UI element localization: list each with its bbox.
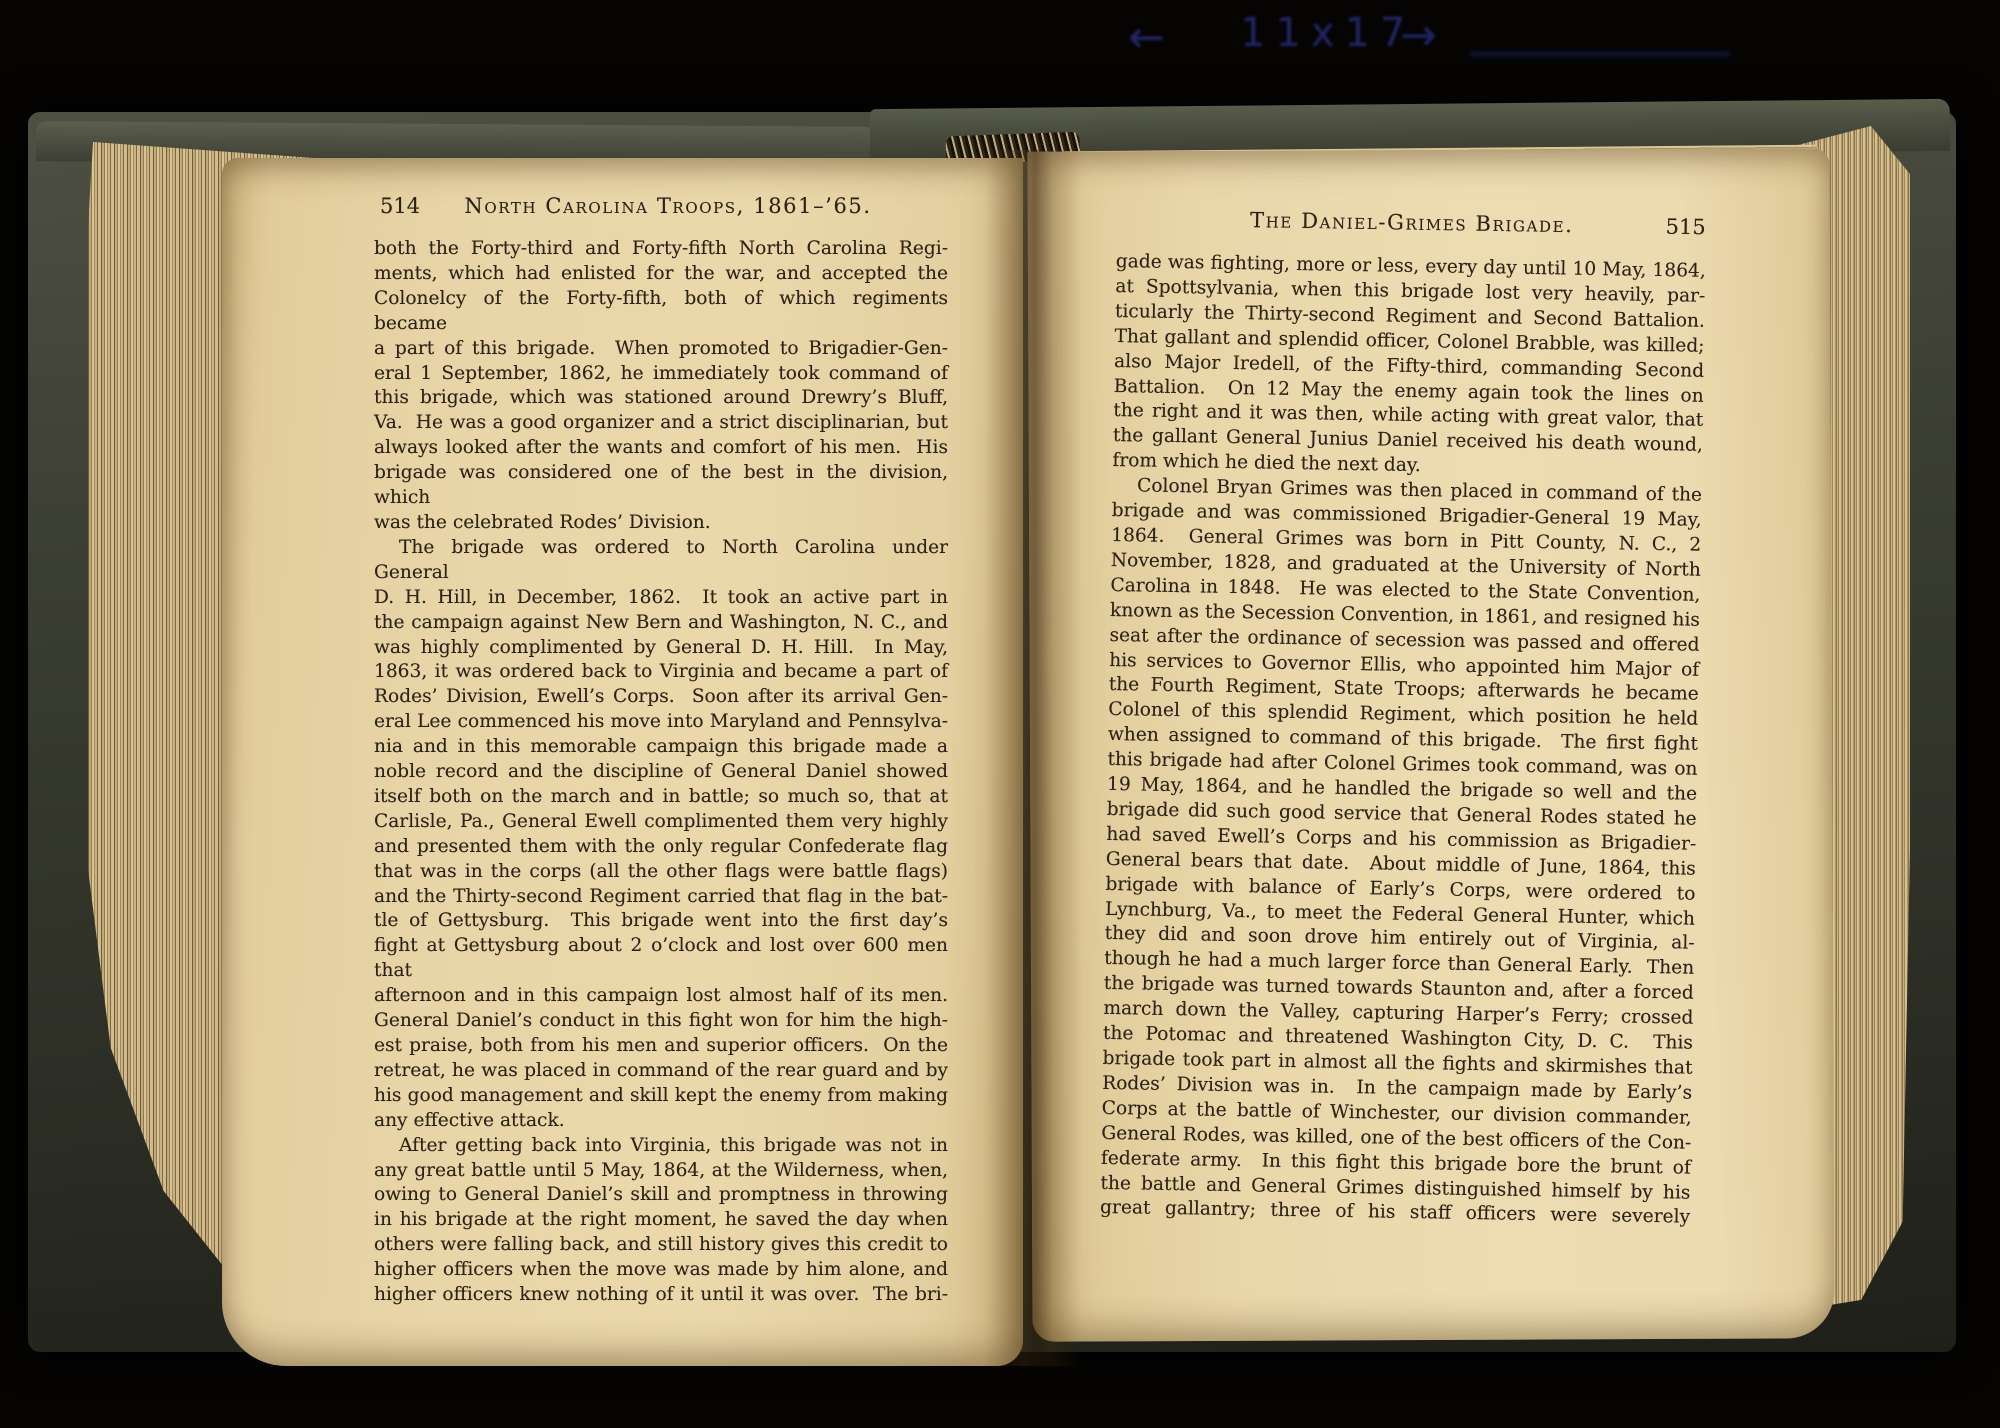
text-line: retreat, he was placed in command of the…	[374, 1059, 948, 1084]
text-line: and presented them with the only regular…	[374, 835, 948, 860]
text-line: nia and in this memorable campaign this …	[374, 735, 948, 760]
text-line: any great battle until 5 May, 1864, at t…	[374, 1159, 948, 1184]
left-header-title: North Carolina Troops, 1861–’65.	[374, 194, 962, 218]
text-line: General Daniel’s conduct in this fight w…	[374, 1009, 948, 1034]
text-line: afternoon and in this campaign lost almo…	[374, 984, 948, 1009]
text-line: brigade was considered one of the best i…	[374, 461, 948, 511]
text-line: ments, which had enlisted for the war, a…	[374, 262, 948, 287]
text-line: Colonelcy of the Forty-fifth, both of wh…	[374, 287, 948, 337]
book-gutter-shadow	[984, 150, 1082, 1366]
text-line: a part of this brigade. When promoted to…	[374, 337, 948, 362]
text-line: was the celebrated Rodes’ Division.	[374, 511, 948, 536]
text-line: itself both on the march and in battle; …	[374, 785, 948, 810]
text-line: his good management and skill kept the e…	[374, 1084, 948, 1109]
text-line: noble record and the discipline of Gener…	[374, 760, 948, 785]
text-line: this brigade, which was stationed around…	[374, 386, 948, 411]
text-line: both the Forty-third and Forty-fifth Nor…	[374, 237, 948, 262]
text-line: the campaign against New Bern and Washin…	[374, 611, 948, 636]
text-line: 1863, it was ordered back to Virginia an…	[374, 660, 948, 685]
left-page-number: 514	[380, 194, 420, 218]
right-page-body: gade was fighting, more or less, every d…	[1100, 250, 1706, 1231]
text-line: eral 1 September, 1862, he immediately t…	[374, 362, 948, 387]
text-line: higher officers knew nothing of it until…	[374, 1283, 948, 1308]
text-line: others were falling back, and still hist…	[374, 1233, 948, 1258]
text-line: D. H. Hill, in December, 1862. It took a…	[374, 586, 948, 611]
annotation-note: 11x17	[1240, 10, 1415, 56]
text-line: in his brigade at the right moment, he s…	[374, 1208, 948, 1233]
text-line: After getting back into Virginia, this b…	[374, 1134, 948, 1159]
right-page-number: 515	[1665, 215, 1705, 240]
text-line: est praise, both from his men and superi…	[374, 1034, 948, 1059]
left-page-body: both the Forty-third and Forty-fifth Nor…	[374, 237, 948, 1308]
book-scan-photo: ← 11x17 → 514 North Carolina Troops, 186…	[0, 0, 2000, 1428]
text-line: Carlisle, Pa., General Ewell complimente…	[374, 810, 948, 835]
text-line: any effective attack.	[374, 1109, 948, 1134]
text-line: higher officers when the move was made b…	[374, 1258, 948, 1283]
text-line: always looked after the wants and comfor…	[374, 436, 948, 461]
annotation-left-arrow-icon: ←	[1128, 12, 1165, 63]
text-line: was highly complimented by General D. H.…	[374, 636, 948, 661]
text-line: that was in the corps (all the other fla…	[374, 860, 948, 885]
text-line: fight at Gettysburg about 2 o’clock and …	[374, 934, 948, 984]
annotation-right-arrow-icon: →	[1400, 10, 1437, 61]
left-running-header: 514 North Carolina Troops, 1861–’65.	[374, 194, 962, 218]
annotation-streak	[1470, 52, 1730, 56]
text-line: Rodes’ Division, Ewell’s Corps. Soon aft…	[374, 685, 948, 710]
text-line: and the Thirty-second Regiment carried t…	[374, 885, 948, 910]
text-line: The brigade was ordered to North Carolin…	[374, 536, 948, 586]
text-line: owing to General Daniel’s skill and prom…	[374, 1183, 948, 1208]
text-line: eral Lee commenced his move into Marylan…	[374, 710, 948, 735]
text-line: Va. He was a good organizer and a strict…	[374, 411, 948, 436]
text-line: tle of Gettysburg. This brigade went int…	[374, 909, 948, 934]
